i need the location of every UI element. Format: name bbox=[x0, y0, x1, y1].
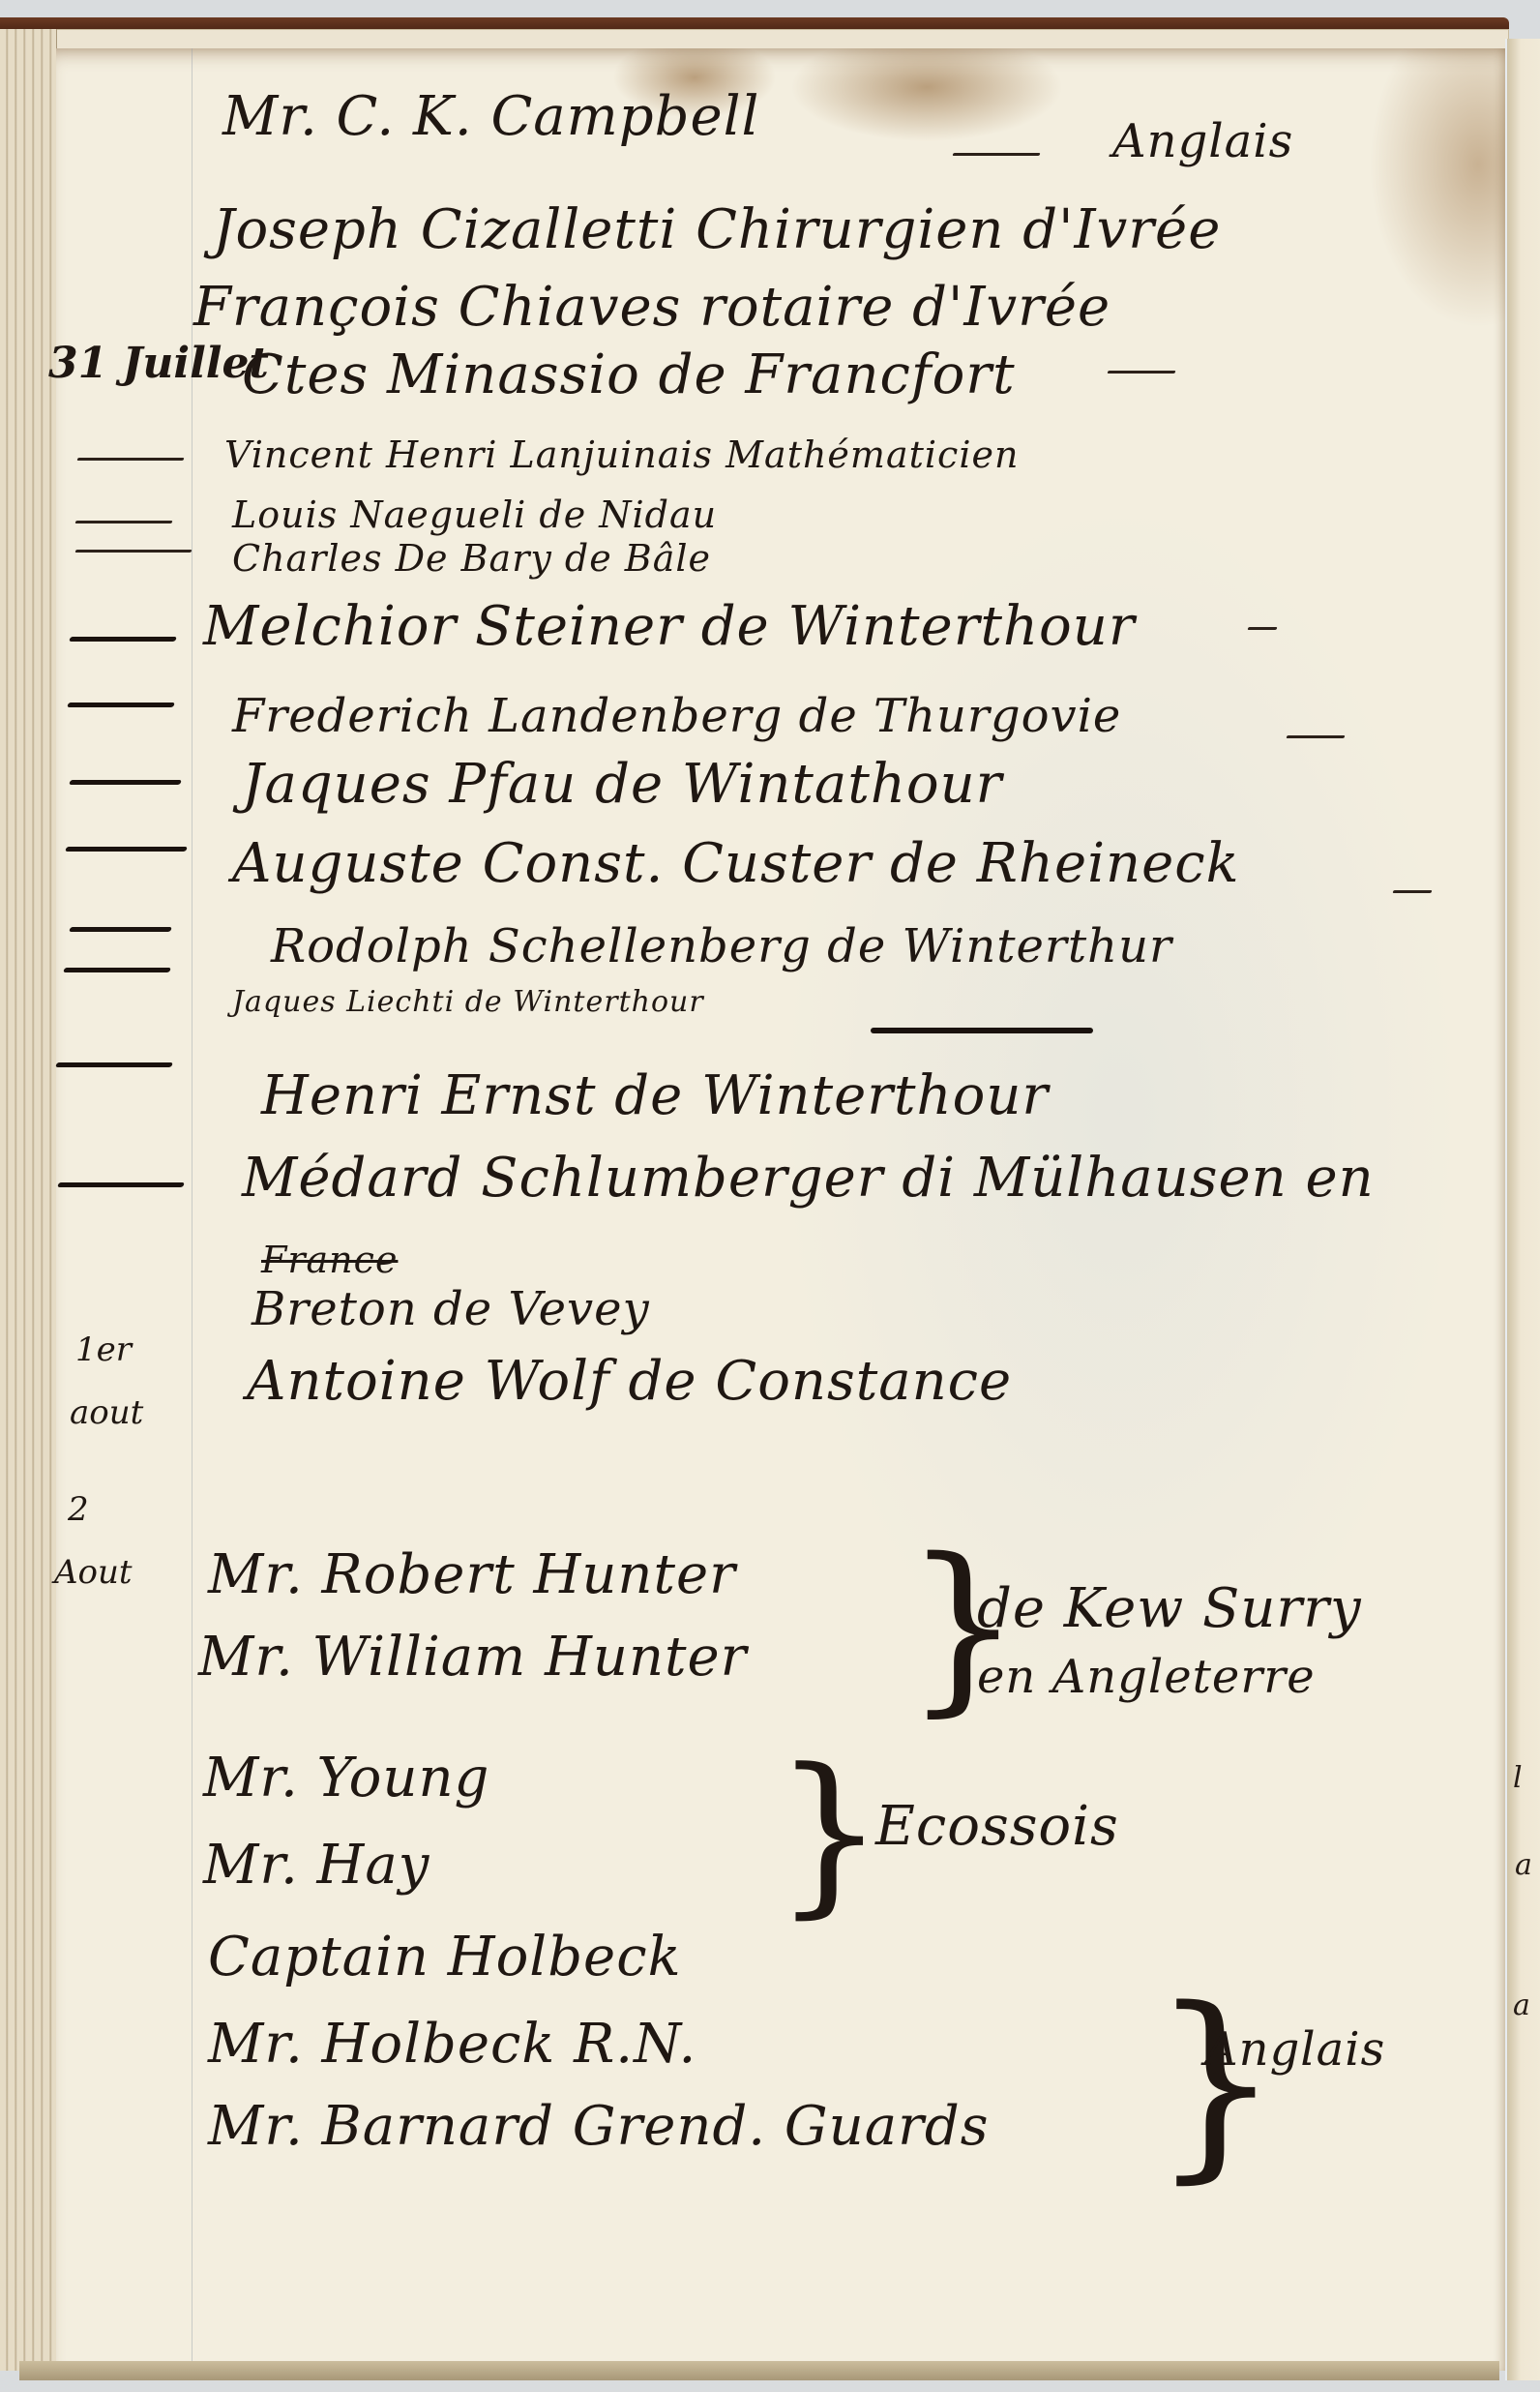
entry-dash bbox=[1247, 627, 1277, 630]
entry-name: Mr. Hay bbox=[203, 1834, 429, 1897]
entry-name: Mr. C. K. Campbell bbox=[222, 85, 759, 148]
facing-page-gutter: l a a bbox=[1505, 39, 1540, 2380]
entry-name: Vincent Henri Lanjuinais Mathématicien bbox=[224, 434, 1019, 476]
entry-dash bbox=[1286, 735, 1345, 738]
entry-dash bbox=[1392, 890, 1432, 893]
margin-dash bbox=[63, 968, 171, 972]
margin-dash bbox=[55, 1062, 173, 1067]
entry-name: Charles De Bary de Bâle bbox=[232, 537, 711, 580]
entry-name: Joseph Cizalletti Chirurgien d'Ivrée bbox=[213, 198, 1221, 261]
entry-name: Mr. Young bbox=[203, 1747, 489, 1809]
entry-name: Jaques Liechti de Winterthour bbox=[232, 985, 704, 1019]
entry-name: Jaques Pfau de Wintathour bbox=[242, 753, 1002, 816]
group-label: Ecossois bbox=[875, 1795, 1119, 1858]
entry-name: Breton de Vevey bbox=[252, 1282, 650, 1336]
entry-name: Auguste Const. Custer de Rheineck bbox=[232, 832, 1240, 895]
margin-date-day: 1er bbox=[75, 1331, 132, 1369]
entry-dash bbox=[952, 153, 1040, 156]
entry-name: Frederich Landenberg de Thurgovie bbox=[232, 689, 1121, 743]
entry-name: Mr. Robert Hunter bbox=[208, 1543, 736, 1606]
margin-date-month: aout bbox=[70, 1393, 143, 1432]
margin-dash bbox=[69, 637, 177, 642]
entry-name: Mr. William Hunter bbox=[198, 1626, 747, 1689]
entry-name: Mr. Holbeck R.N. bbox=[208, 2013, 696, 2076]
entry-underline bbox=[871, 1028, 1093, 1033]
margin-dash bbox=[74, 521, 172, 523]
entry-name-continuation: France bbox=[261, 1239, 398, 1281]
entry-name: Ctes Minassio de Francfort bbox=[242, 344, 1016, 406]
group-brace: } bbox=[774, 1732, 885, 1934]
entry-name: Henri Ernst de Winterthour bbox=[261, 1064, 1049, 1127]
entry-nationality: Anglais bbox=[1112, 114, 1293, 168]
margin-dash bbox=[76, 458, 184, 461]
entry-name: Médard Schlumberger di Mülhausen en bbox=[242, 1147, 1375, 1210]
entry-name: Mr. Barnard Grend. Guards bbox=[208, 2095, 989, 2158]
facing-page-mark: a bbox=[1513, 1988, 1530, 2022]
margin-date-month: Aout bbox=[54, 1553, 133, 1592]
group-label: en Angleterre bbox=[977, 1650, 1316, 1704]
entry-name: Louis Naegueli de Nidau bbox=[232, 493, 717, 536]
margin-rule bbox=[192, 48, 192, 2371]
margin-dash bbox=[69, 780, 182, 785]
facing-page-mark: a bbox=[1515, 1848, 1532, 1882]
entry-name: Melchior Steiner de Winterthour bbox=[203, 595, 1136, 658]
entry-dash bbox=[1107, 371, 1175, 374]
margin-dash bbox=[69, 927, 172, 932]
group-label: Anglais bbox=[1204, 2022, 1385, 2077]
margin-dash bbox=[67, 703, 175, 707]
margin-date: 31 Juillet bbox=[48, 339, 269, 388]
margin-dash bbox=[74, 550, 192, 553]
group-brace: } bbox=[1151, 1964, 1281, 2201]
margin-dash bbox=[65, 847, 188, 852]
entry-name: Rodolph Schellenberg de Winterthur bbox=[271, 919, 1172, 973]
margin-dash bbox=[57, 1182, 185, 1187]
entry-name: Captain Holbeck bbox=[208, 1926, 682, 1988]
page-bottom-edge bbox=[19, 2361, 1499, 2380]
margin-date-day: 2 bbox=[68, 1490, 89, 1529]
entry-name: François Chiaves rotaire d'Ivrée bbox=[193, 276, 1111, 339]
entry-name: Antoine Wolf de Constance bbox=[247, 1350, 1012, 1413]
facing-page-mark: l bbox=[1513, 1761, 1523, 1795]
group-label: de Kew Surry bbox=[977, 1577, 1362, 1640]
